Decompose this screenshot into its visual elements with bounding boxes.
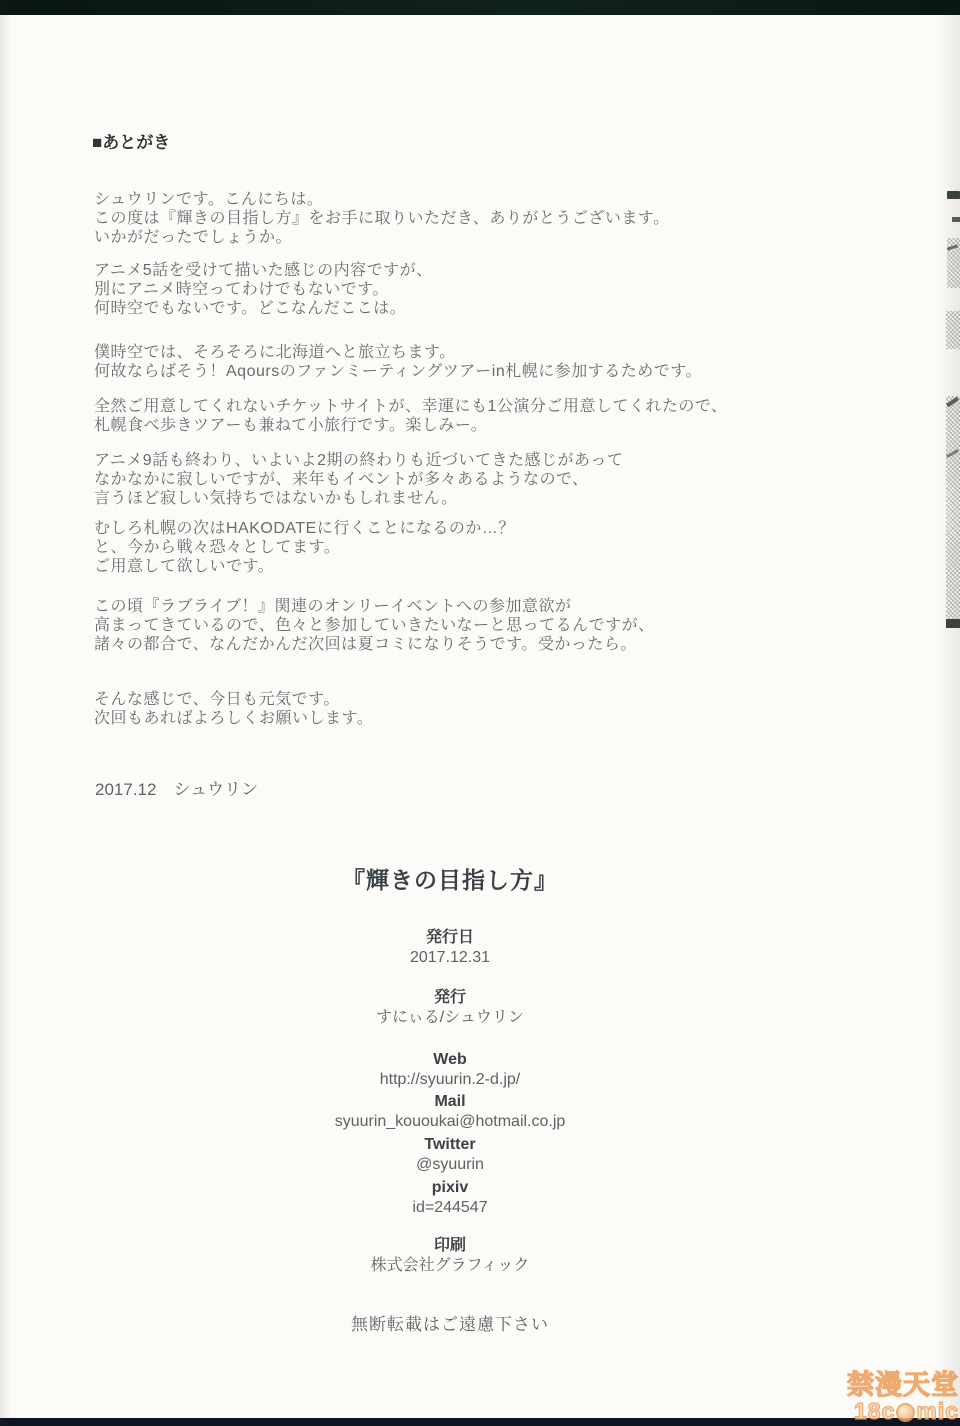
mascot-icon	[896, 1403, 915, 1422]
afterword-paragraph: そんな感じで、今日も元気です。 次回もあればよろしくお願いします。	[94, 690, 373, 728]
page-edge-artifact	[952, 217, 960, 222]
colophon-entry: Web http://syuurin.2-d.jp/	[0, 1050, 900, 1089]
afterword-line: 何時空でもないです。どこなんだここは。	[94, 299, 433, 318]
colophon-entry: Mail syuurin_kououkai@hotmail.co.jp	[0, 1092, 900, 1131]
afterword-line: 言うほど寂しい気持ちではないかもしれません。	[94, 489, 623, 508]
afterword-line: 札幌食べ歩きツアーも兼ねて小旅行です。楽しみー。	[94, 416, 728, 435]
scan-border-top	[0, 0, 960, 15]
afterword-paragraph: 全然ご用意してくれないチケットサイトが、幸運にも1公演分ご用意してくれたので、 …	[94, 397, 728, 435]
afterword-signoff: 2017.12 シュウリン	[95, 775, 258, 800]
afterword-line: と、今から戦々恐々としてます。	[94, 538, 515, 557]
colophon-value: すにぃる/シュウリン	[0, 1008, 900, 1027]
afterword-heading: ■あとがき	[92, 128, 170, 153]
colophon-label: 印刷	[0, 1236, 900, 1256]
colophon-value: 2017.12.31	[0, 948, 900, 967]
afterword-line: この頃『ラブライブ！』関連のオンリーイベントへの参加意欲が	[94, 597, 655, 616]
afterword-line: 何故ならばそう！Aqoursのファンミーティングツアーin札幌に参加するためです…	[94, 362, 702, 381]
afterword-paragraph: シュウリンです。こんにちは。 この度は『輝きの目指し方』をお手に取りいただき、あ…	[94, 190, 670, 247]
colophon-value: @syuurin	[0, 1155, 900, 1174]
scanned-afterword-page: { "afterword": { "heading": "■あとがき", "pa…	[0, 0, 960, 1426]
colophon-entry: Twitter @syuurin	[0, 1135, 900, 1174]
colophon-value: http://syuurin.2-d.jp/	[0, 1070, 900, 1089]
page-edge-artifact	[947, 191, 960, 199]
colophon-value: 株式会社グラフィック	[0, 1256, 900, 1275]
afterword-line: 次回もあればよろしくお願いします。	[94, 709, 373, 728]
colophon-label: 発行日	[0, 928, 900, 948]
afterword-line: そんな感じで、今日も元気です。	[94, 690, 373, 709]
colophon-label: Web	[0, 1050, 900, 1070]
colophon-value: syuurin_kououkai@hotmail.co.jp	[0, 1112, 900, 1131]
afterword-line: ご用意して欲しいです。	[94, 557, 515, 576]
colophon-entry: 印刷 株式会社グラフィック	[0, 1236, 900, 1275]
reprint-notice: 無断転載はご遠慮下さい	[0, 1310, 900, 1335]
scan-border-bottom	[0, 1418, 960, 1426]
afterword-paragraph: 僕時空では、そろそろに北海道へと旅立ちます。 何故ならばそう！Aqoursのファ…	[94, 343, 702, 381]
page-edge-artifact	[946, 619, 960, 628]
afterword-paragraph: この頃『ラブライブ！』関連のオンリーイベントへの参加意欲が 高まってきているので…	[94, 597, 655, 654]
watermark: 禁漫天堂 18cmic	[847, 1372, 959, 1424]
colophon-label: pixiv	[0, 1178, 900, 1198]
colophon-label: Mail	[0, 1092, 900, 1112]
colophon-entry: pixiv id=244547	[0, 1178, 900, 1217]
afterword-line: 諸々の都合で、なんだかんだ次回は夏コミになりそうです。受かったら。	[94, 635, 655, 654]
afterword-paragraph: アニメ5話を受けて描いた感じの内容ですが、 別にアニメ時空ってわけでもないです。…	[94, 261, 433, 318]
page-edge-artifact	[946, 396, 960, 624]
afterword-line: 全然ご用意してくれないチケットサイトが、幸運にも1公演分ご用意してくれたので、	[94, 397, 728, 416]
colophon-entry: 発行 すにぃる/シュウリン	[0, 988, 900, 1027]
book-title: 『輝きの目指し方』	[0, 862, 900, 895]
page-right-edge-shadow	[938, 15, 960, 1418]
afterword-line: 別にアニメ時空ってわけでもないです。	[94, 280, 433, 299]
colophon-label: 発行	[0, 988, 900, 1008]
afterword-paragraph: むしろ札幌の次はHAKODATEに行くことになるのか…？ と、今から戦々恐々とし…	[94, 519, 515, 576]
afterword-line: この度は『輝きの目指し方』をお手に取りいただき、ありがとうございます。	[94, 209, 670, 228]
colophon-value: id=244547	[0, 1198, 900, 1217]
watermark-line1: 禁漫天堂	[847, 1372, 959, 1398]
afterword-line: むしろ札幌の次はHAKODATEに行くことになるのか…？	[94, 519, 515, 538]
afterword-line: 高まってきているので、色々と参加していきたいなーと思ってるんですが、	[94, 616, 655, 635]
watermark-line2-right: mic	[916, 1398, 959, 1424]
watermark-line2-left: 18c	[854, 1398, 895, 1424]
colophon-entry: 発行日 2017.12.31	[0, 928, 900, 967]
page-left-edge-shadow	[0, 0, 12, 1426]
afterword-line: アニメ9話も終わり、いよいよ2期の終わりも近づいてきた感じがあって	[94, 451, 623, 470]
afterword-line: アニメ5話を受けて描いた感じの内容ですが、	[94, 261, 433, 280]
afterword-paragraph: アニメ9話も終わり、いよいよ2期の終わりも近づいてきた感じがあって なかなかに寂…	[94, 451, 623, 508]
afterword-line: シュウリンです。こんにちは。	[94, 190, 670, 209]
colophon-label: Twitter	[0, 1135, 900, 1155]
watermark-line2: 18cmic	[847, 1398, 959, 1424]
afterword-line: 僕時空では、そろそろに北海道へと旅立ちます。	[94, 343, 702, 362]
afterword-line: なかなかに寂しいですが、来年もイベントが多々あるようなので、	[94, 470, 623, 489]
page-edge-artifact	[946, 311, 960, 349]
afterword-line: いかがだったでしょうか。	[94, 228, 670, 247]
